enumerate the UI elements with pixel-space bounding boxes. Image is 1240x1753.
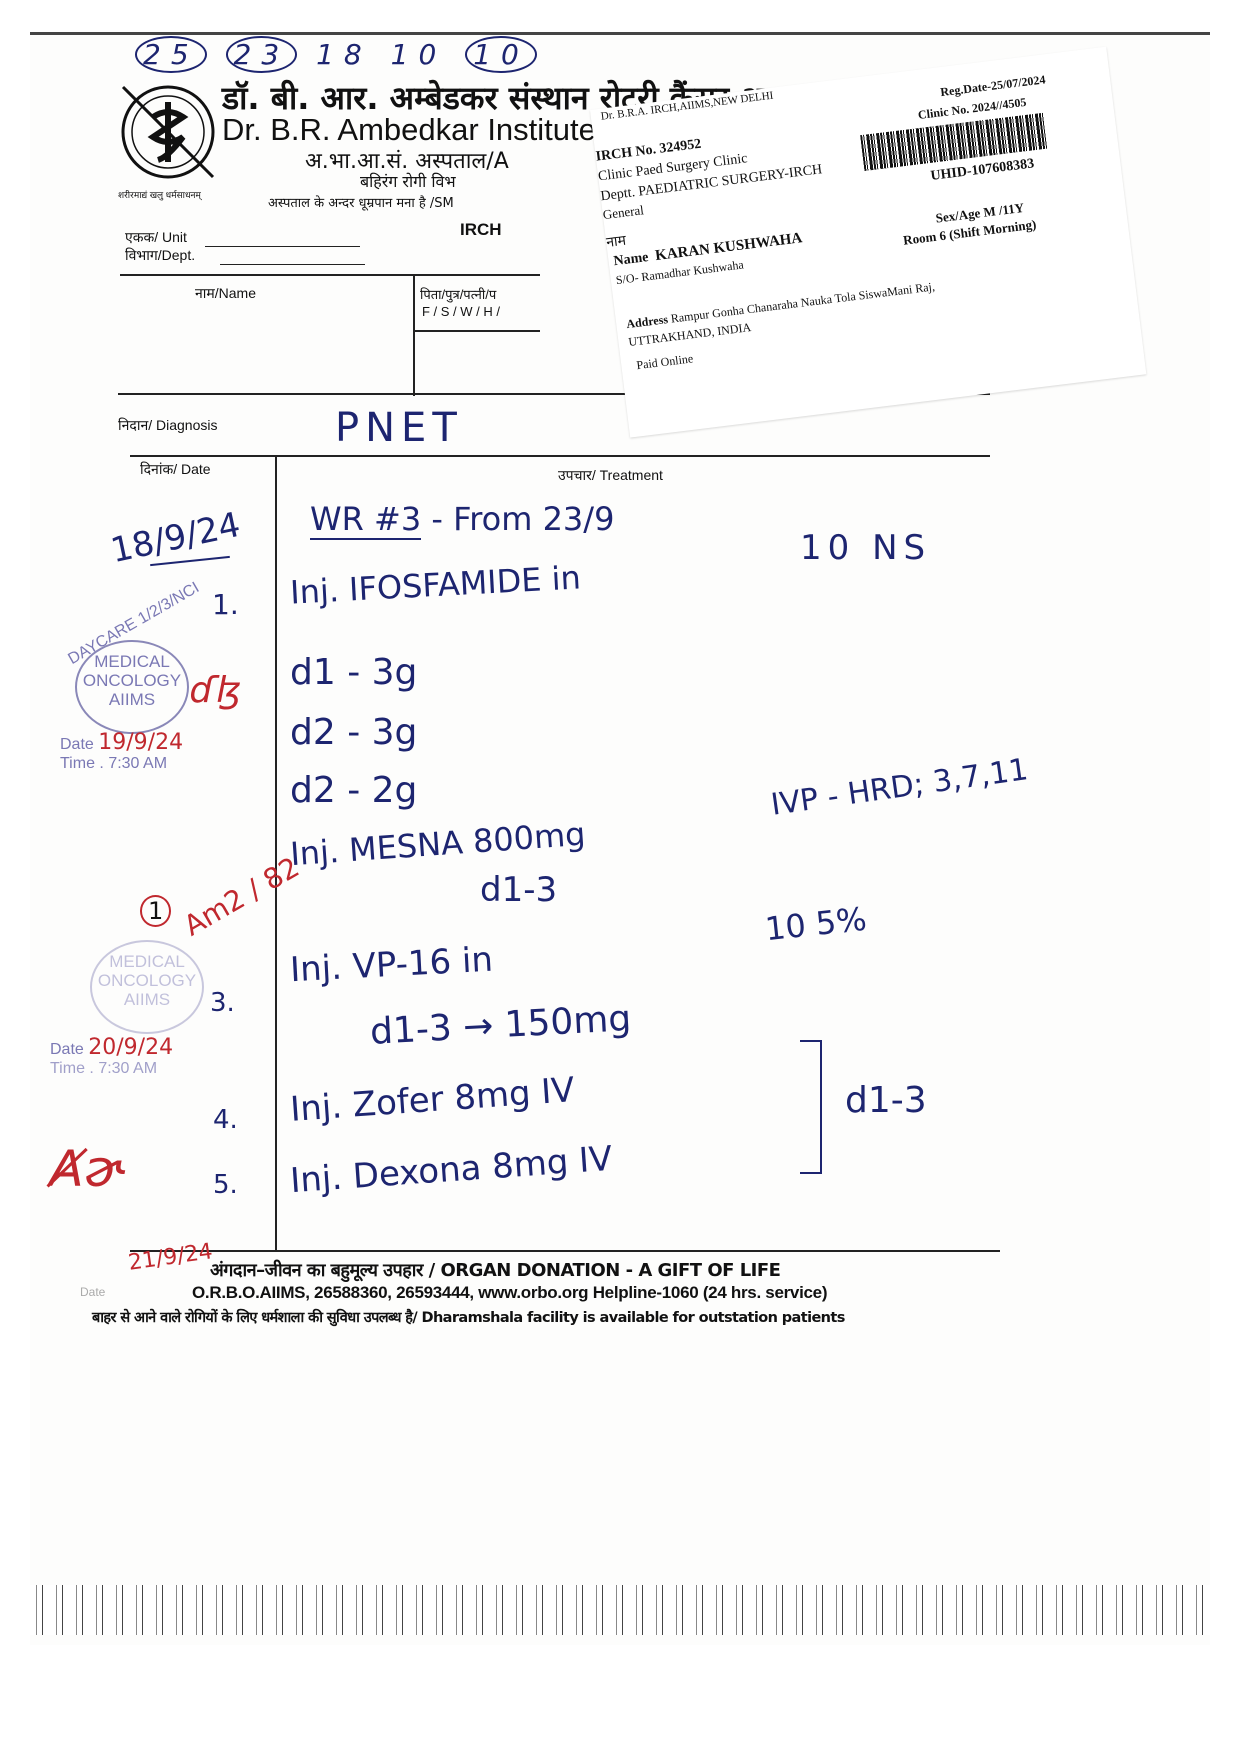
- dept-label: विभाग/Dept.: [125, 246, 195, 265]
- bracket: [800, 1040, 822, 1174]
- diagnosis-value: PNET: [335, 405, 463, 451]
- cycle-label: WR #3 - From 23/9: [310, 500, 614, 538]
- date-label: दिनांक/ Date: [140, 460, 211, 479]
- dharamshala-notice: बाहर से आने वाले रोगियों के लिए धर्मशाला…: [92, 1307, 845, 1327]
- relation-label: पिता/पुत्र/पत्नी/प F / S / W / H /: [420, 286, 500, 320]
- treatment-line-4: d2 - 2g: [290, 770, 417, 811]
- diagnosis-label: निदान/ Diagnosis: [118, 416, 217, 435]
- scan-edge: [30, 1585, 1210, 1635]
- logo-motto: शरीरमाद्यं खलु धर्मसाधनम्: [118, 188, 201, 201]
- item-num-5: 5.: [213, 1170, 238, 1200]
- irch-label: IRCH: [460, 220, 502, 240]
- treatment-line-6: d1-3: [480, 870, 557, 910]
- organ-donation-text: अंगदान–जीवन का बहुमूल्य उपहार / ORGAN DO…: [210, 1258, 780, 1282]
- signature-1: ɗɮ: [190, 670, 242, 711]
- treatment-line-2: d1 - 3g: [290, 652, 417, 693]
- aiims-logo-icon: [118, 82, 218, 182]
- treatment-note-1: 10 NS: [800, 528, 931, 568]
- orbo-contact: O.R.B.O.AIIMS, 26588360, 26593444, www.o…: [192, 1283, 827, 1303]
- no-smoking-notice: अस्पताल के अन्दर धूम्रपान मना है /SM: [268, 193, 454, 211]
- name-label: नाम/Name: [195, 284, 256, 303]
- circled-note: 1: [140, 895, 171, 927]
- circled-numbers: 25 23 18 10 10: [135, 38, 537, 71]
- item-num-4: 4.: [213, 1105, 238, 1135]
- opd-label: बहिरंग रोगी विभ: [360, 170, 456, 192]
- patient-sticker: Dr. B.R.A. IRCH,AIIMS,NEW DELHI Reg.Date…: [590, 47, 1146, 438]
- signature-2: Ⱥɚ: [50, 1140, 126, 1198]
- bottom-date-label: Date: [80, 1285, 105, 1299]
- bracket-note: d1-3: [845, 1080, 927, 1121]
- treatment-label: उपचार/ Treatment: [558, 466, 663, 485]
- stamp-2-time: Time . 7:30 AM: [50, 1060, 157, 1078]
- treatment-line-3: d2 - 3g: [290, 712, 417, 753]
- unit-label: एकक/ Unit: [125, 228, 187, 247]
- stamp-2-date: Date 20/9/24: [50, 1035, 173, 1060]
